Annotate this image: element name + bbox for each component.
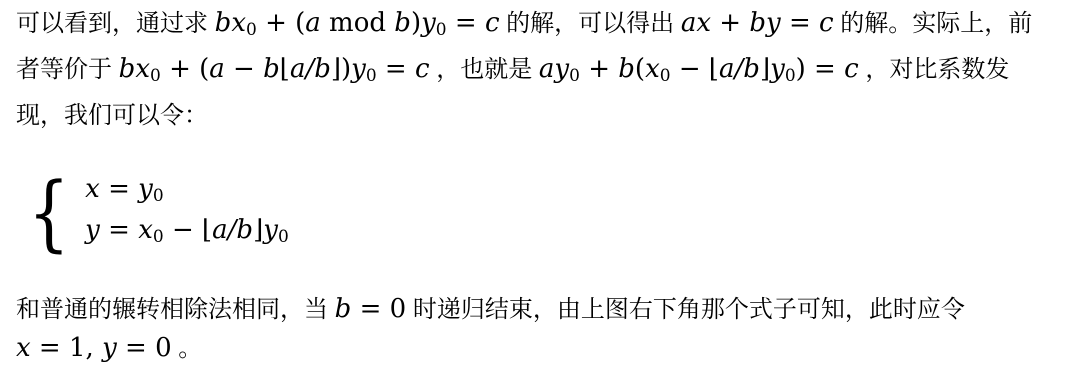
math-run: ay0 + b(x0 − ⌊a/b⌋y0) = c [539, 54, 859, 84]
math-subscript: 0 [436, 20, 447, 40]
math-operator: = [377, 54, 415, 84]
math-operator: ( [635, 54, 645, 84]
math-operator: ⌋ [760, 54, 770, 84]
math-variable: c [415, 54, 430, 84]
math-operator: ⌋) [331, 54, 351, 84]
math-variable: x [16, 333, 31, 363]
math-operator: + [711, 8, 749, 38]
math-operator: − [225, 54, 263, 84]
math-variable: c [844, 54, 859, 84]
math-subscript: 0 [150, 66, 161, 86]
math-run: b = 0 [335, 294, 407, 324]
cases-equation: { x = y0y = x0 − ⌊a/b⌋y0 [28, 172, 1074, 254]
math-operator: − ⌊ [164, 215, 212, 245]
math-variable: a/b [212, 215, 253, 245]
math-variable: b [335, 294, 352, 324]
math-subscript: 0 [785, 66, 796, 86]
text-run: 者等价于 [16, 56, 119, 83]
math-variable: b [394, 8, 411, 38]
math-variable: c [485, 8, 500, 38]
math-variable: y [102, 333, 117, 363]
text-run: 的解，可以得出 [500, 10, 681, 37]
left-brace: { [28, 179, 70, 247]
text-run: 可以看到，通过求 [16, 10, 215, 37]
math-variable: x [138, 215, 153, 245]
math-operator: − ⌊ [671, 54, 719, 84]
math-operator: mod [321, 8, 394, 38]
text-run: 时递归结束，由上图右下角那个式子可知，此时应令 [406, 296, 965, 323]
math-subscript: 0 [153, 186, 164, 206]
math-operator: = 1, [31, 333, 102, 363]
text-run: ，也就是 [430, 56, 539, 83]
math-variable: ax [681, 8, 711, 38]
math-operator: = [447, 8, 485, 38]
text-line: 者等价于 bx0 + (a − b⌊a/b⌋)y0 = c ，也就是 ay0 +… [16, 50, 1074, 96]
math-run: ax + by = c [681, 8, 834, 38]
math-variable: x [645, 54, 660, 84]
math-operator: + ( [257, 8, 305, 38]
math-variable: y [421, 8, 436, 38]
math-variable: c [819, 8, 834, 38]
text-run: ，对比系数发 [859, 56, 1010, 83]
text-run: 的解。实际上，前 [834, 10, 1033, 37]
math-operator: = [100, 215, 138, 245]
math-variable: a [209, 54, 225, 84]
math-variable: a/b [290, 54, 331, 84]
text-run: 现，我们可以令： [16, 102, 208, 129]
text-run: 和普通的辗转相除法相同，当 [16, 296, 335, 323]
math-subscript: 0 [660, 66, 671, 86]
math-run: x = y0 [85, 174, 164, 204]
math-operator: ⌊ [280, 54, 290, 84]
math-variable: y [770, 54, 785, 84]
math-variable: ay [539, 54, 569, 84]
math-operator: ) = [796, 54, 844, 84]
math-run: x = 1, y = 0 [16, 333, 172, 363]
math-operator: = 0 [117, 333, 172, 363]
text-line: 可以看到，通过求 bx0 + (a mod b)y0 = c 的解，可以得出 a… [16, 4, 1074, 50]
math-run: bx0 + (a mod b)y0 = c [215, 8, 500, 38]
math-subscript: 0 [278, 227, 289, 247]
case-row: y = x0 − ⌊a/b⌋y0 [85, 213, 289, 254]
paragraph-2: 和普通的辗转相除法相同，当 b = 0 时递归结束，由上图右下角那个式子可知，此… [16, 290, 1074, 368]
math-operator: + ( [161, 54, 209, 84]
math-variable: by [749, 8, 780, 38]
math-variable: a/b [719, 54, 760, 84]
math-operator: + [580, 54, 618, 84]
math-subscript: 0 [153, 227, 164, 247]
math-variable: b [263, 54, 280, 84]
case-row: x = y0 [85, 172, 289, 213]
math-variable: y [263, 215, 278, 245]
cases-rows: x = y0y = x0 − ⌊a/b⌋y0 [85, 172, 289, 254]
text-run: 。 [172, 335, 203, 362]
document: 可以看到，通过求 bx0 + (a mod b)y0 = c 的解，可以得出 a… [0, 0, 1088, 368]
math-run: bx0 + (a − b⌊a/b⌋)y0 = c [119, 54, 430, 84]
math-variable: bx [119, 54, 150, 84]
math-operator: ) [411, 8, 421, 38]
math-subscript: 0 [569, 66, 580, 86]
math-variable: y [351, 54, 366, 84]
paragraph-1: 可以看到，通过求 bx0 + (a mod b)y0 = c 的解，可以得出 a… [16, 4, 1074, 135]
math-variable: bx [215, 8, 246, 38]
math-variable: y [138, 174, 153, 204]
math-operator: = [781, 8, 819, 38]
math-run: y = x0 − ⌊a/b⌋y0 [85, 215, 289, 245]
text-line: x = 1, y = 0 。 [16, 329, 1074, 368]
math-operator: ⌋ [253, 215, 263, 245]
text-line: 和普通的辗转相除法相同，当 b = 0 时递归结束，由上图右下角那个式子可知，此… [16, 290, 1074, 329]
math-variable: a [305, 8, 321, 38]
math-operator: = [100, 174, 138, 204]
math-variable: y [85, 215, 100, 245]
math-subscript: 0 [366, 66, 377, 86]
math-operator: = 0 [351, 294, 406, 324]
math-variable: x [85, 174, 100, 204]
text-line: 现，我们可以令： [16, 96, 1074, 135]
math-subscript: 0 [246, 20, 257, 40]
math-variable: b [618, 54, 635, 84]
